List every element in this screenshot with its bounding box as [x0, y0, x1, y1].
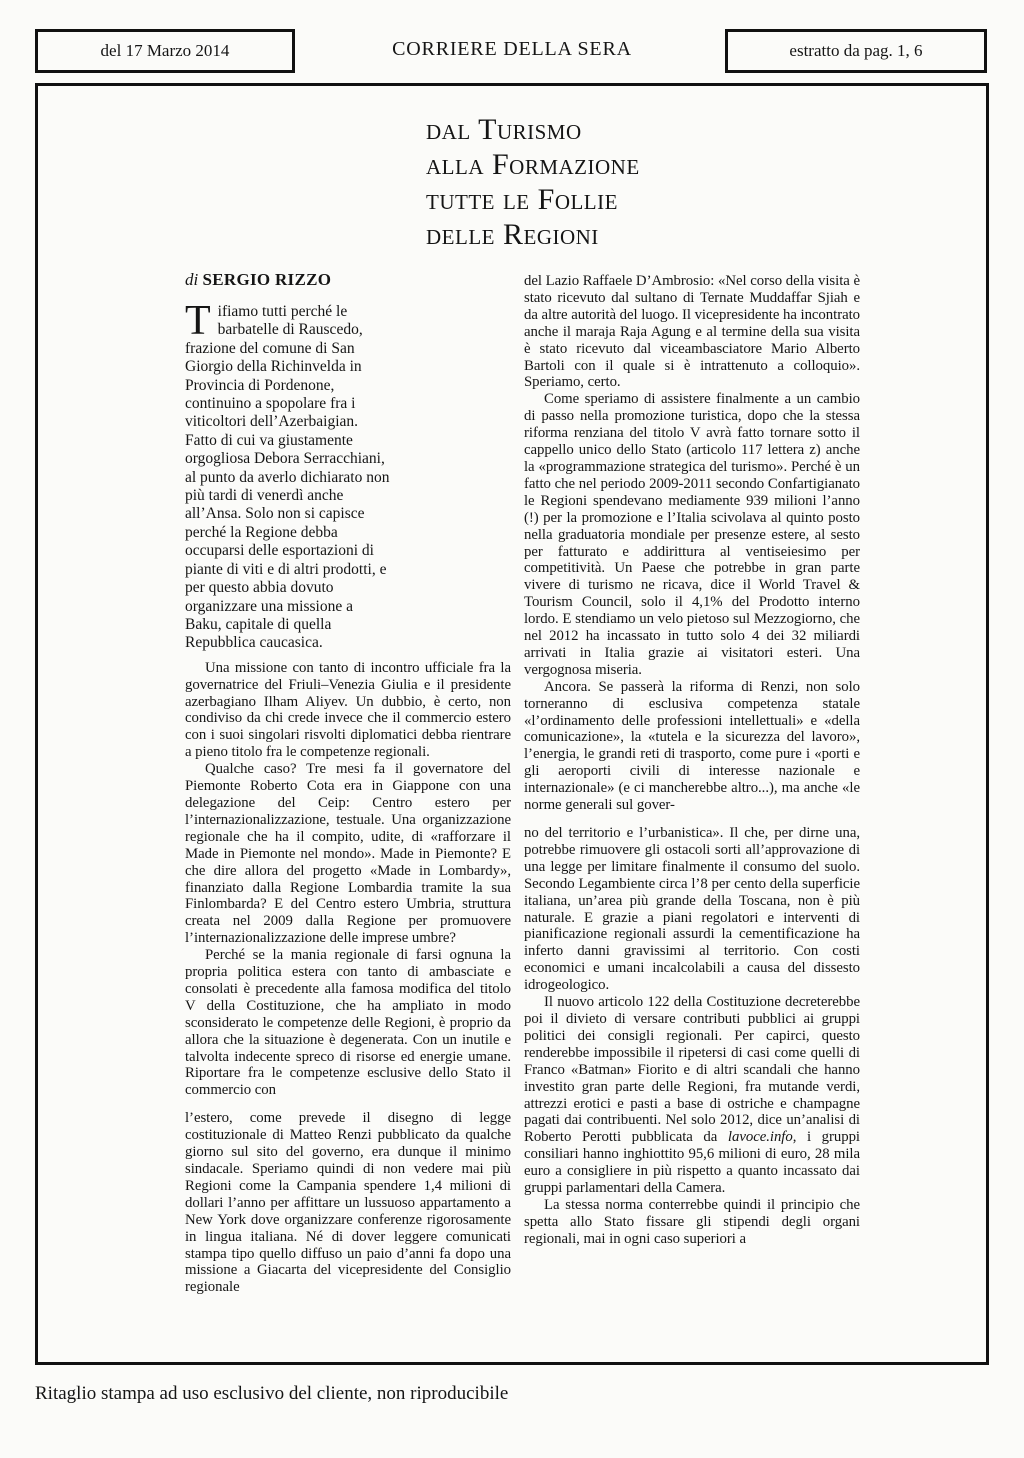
right-paragraph-6: La stessa norma conterrebbe quindi il pr…	[524, 1197, 860, 1248]
right-paragraph-5: Il nuovo articolo 122 della Costituzione…	[524, 994, 860, 1197]
opening-text: ifiamo tutti perché le barbatelle di Rau…	[185, 303, 389, 651]
extract-pages: estratto da pag. 1, 6	[789, 41, 922, 61]
drop-cap: T	[185, 303, 218, 338]
article-clipping-frame: dal Turismo alla Formazione tutte le Fol…	[35, 83, 989, 1365]
right-paragraph-5-pre: Il nuovo articolo 122 della Costituzione…	[524, 994, 860, 1145]
right-paragraph-2: Come speriamo di assistere finalmente a …	[524, 391, 860, 678]
headline-line-4: delle Regioni	[426, 217, 986, 252]
right-body-text: del Lazio Raffaele D’Ambrosio: «Nel cors…	[524, 273, 860, 1248]
article-column-left: di SERGIO RIZZO Tifiamo tutti perché le …	[185, 264, 511, 1296]
clipping-header: del 17 Marzo 2014 CORRIERE DELLA SERA es…	[0, 29, 1024, 75]
headline-line-1: dal Turismo	[426, 112, 986, 147]
opening-paragraph: Tifiamo tutti perché le barbatelle di Ra…	[185, 303, 391, 653]
right-paragraph-1: del Lazio Raffaele D’Ambrosio: «Nel cors…	[524, 273, 860, 391]
left-paragraph-4: l’estero, come prevede il disegno di leg…	[185, 1110, 511, 1296]
left-paragraph-1: Una missione con tanto di incontro uffic…	[185, 660, 511, 761]
left-paragraph-3: Perché se la mania regionale di farsi og…	[185, 947, 511, 1099]
left-body-text: Una missione con tanto di incontro uffic…	[185, 660, 511, 1297]
headline-line-3: tutte le Follie	[426, 182, 986, 217]
byline-author: SERGIO RIZZO	[202, 270, 331, 289]
right-paragraph-5-source: lavoce.info	[728, 1129, 793, 1145]
byline-prefix: di	[185, 270, 198, 289]
right-paragraph-4: no del territorio e l’urbanistica». Il c…	[524, 825, 860, 994]
byline: di SERGIO RIZZO	[185, 270, 511, 290]
article-column-right: del Lazio Raffaele D’Ambrosio: «Nel cors…	[524, 264, 860, 1296]
headline-line-2: alla Formazione	[426, 147, 986, 182]
footer-disclaimer: Ritaglio stampa ad uso esclusivo del cli…	[35, 1383, 1024, 1405]
right-paragraph-3: Ancora. Se passerà la riforma di Renzi, …	[524, 679, 860, 814]
left-paragraph-2: Qualche caso? Tre mesi fa il governatore…	[185, 761, 511, 947]
header-extract-box: estratto da pag. 1, 6	[725, 29, 987, 73]
article-headline: dal Turismo alla Formazione tutte le Fol…	[426, 112, 986, 252]
article-columns: di SERGIO RIZZO Tifiamo tutti perché le …	[185, 264, 986, 1296]
